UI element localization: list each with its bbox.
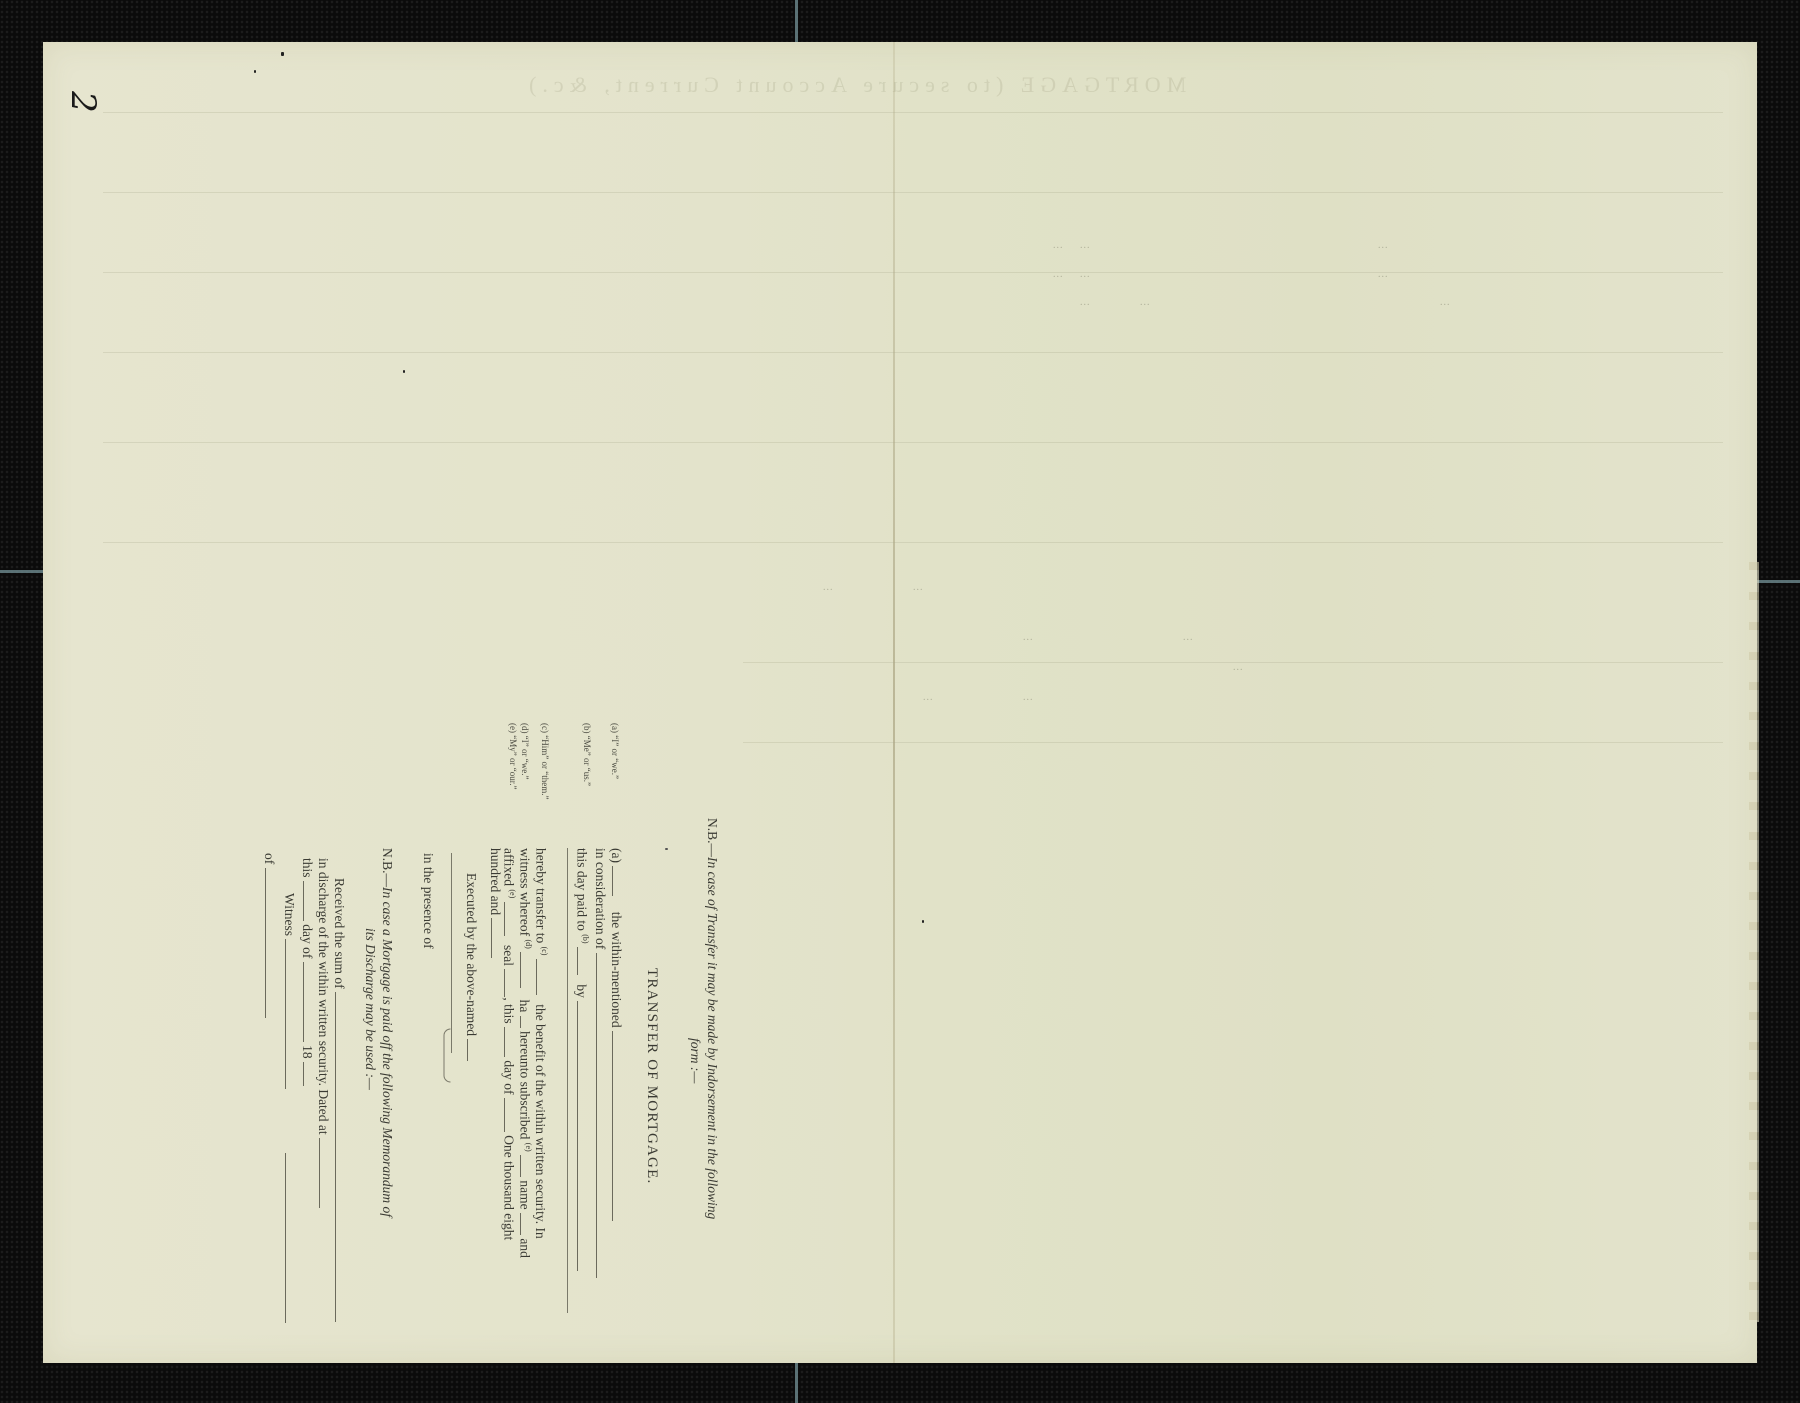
transfer-line-3: this day paid to (b) by [574,848,594,1271]
transfer-line-2: in consideration of [592,848,609,1278]
ghost-dots: ... [823,582,834,593]
blank-field[interactable] [612,866,625,896]
ghost-dots: ... [1080,297,1091,308]
margin-note-a: (a) “I” or “we.” [610,723,620,779]
blank-field[interactable] [505,969,518,997]
ghost-dots: ... [1378,240,1389,251]
transfer-line-1: (a) the within-mentioned [608,848,625,1221]
blank-field[interactable] [578,947,591,975]
discharge-note-line2: its Discharge may be used :— [362,928,378,1090]
mat-grid-line [1757,580,1800,583]
transfer-note: N.B.—In case of Transfer it may be made … [704,818,720,1219]
blank-field[interactable] [521,1016,534,1028]
signature-brace [444,1029,451,1083]
ghost-dots: ... [1023,632,1034,643]
discharge-note: N.B.—In case a Mortgage is paid off the … [379,848,395,1217]
presence-line: in the presence of [420,853,436,949]
mat-grid-line [0,570,43,573]
transfer-title: TRANSFER OF MORTGAGE. [644,968,660,1184]
margin-note-e: (e) “My” or “our.” [508,723,518,789]
discharge-line-1: Received the sum of [331,878,348,1322]
ghost-dots: ... [1053,269,1064,280]
transfer-rule [567,848,568,1313]
center-fold [893,42,895,1363]
blank-field[interactable] [505,1027,518,1057]
executed-line: Executed by the above-named [463,873,480,1061]
ink-speck [403,370,405,373]
ink-speck [665,848,668,850]
ghost-rule [103,272,1723,273]
blank-field[interactable] [596,953,609,1278]
ghost-dots: ... [1183,632,1194,643]
ghost-dots: ... [1233,662,1244,673]
discharge-line-2: in discharge of the within written secur… [315,858,332,1208]
blank-field[interactable] [285,1153,298,1323]
ghost-dots: ... [1053,240,1064,251]
transfer-line-7: hundred and [487,848,504,958]
blank-field[interactable] [521,952,534,988]
blank-field[interactable] [467,1039,480,1061]
ghost-dots: ... [1440,297,1451,308]
discharge-line-3: this day of 18 [299,858,316,1086]
ghost-rule [103,192,1723,193]
ghost-rule [103,352,1723,353]
ghost-dots: ... [1378,269,1389,280]
discharge-line-5: of [261,853,278,1018]
ghost-rule [103,442,1723,443]
blank-field[interactable] [578,1001,591,1271]
blank-field[interactable] [335,992,348,1322]
ghost-dots: ... [1080,240,1091,251]
ghost-dots: ... [1140,297,1151,308]
mat-grid-line [795,1363,798,1403]
discharge-line-4: Witness [281,893,298,1323]
blank-field[interactable] [612,1031,625,1221]
torn-edge [1749,562,1759,1322]
ghost-dots: ... [923,692,934,703]
blank-field[interactable] [303,962,316,1042]
ghost-dots: ... [1023,692,1034,703]
blank-field[interactable] [265,868,278,1018]
blank-field[interactable] [521,1155,534,1177]
blank-field[interactable] [505,902,518,936]
transfer-note-line2: form :— [687,1038,703,1083]
ghost-rule [743,742,1723,743]
blank-field[interactable] [319,1138,332,1208]
transfer-and-discharge-form: N.B.—In case of Transfer it may be made … [250,818,720,1346]
executed-rule [451,853,452,1053]
ghost-dots: ... [1080,269,1091,280]
ink-speck [922,920,924,923]
mat-grid-line [795,0,798,42]
margin-note-c: (c) “Him” or “them.” [540,723,550,799]
ghost-dots: ... [913,582,924,593]
blank-field[interactable] [537,959,550,995]
blank-field[interactable] [521,1213,534,1235]
ghost-rule [103,112,1723,113]
ghost-rule [103,542,1723,543]
ink-speck [281,52,284,56]
margin-note-b: (b) “Me” or “us.” [582,723,592,786]
handwritten-page-number: 2 [63,91,103,113]
ink-speck [254,70,256,73]
showthrough-heading: MORTGAGE (to secure Account Current, &c.… [523,72,1186,98]
blank-field[interactable] [303,881,316,921]
blank-field[interactable] [303,1062,316,1086]
blank-field[interactable] [505,1098,518,1132]
margin-note-d: (d) “I” or “we.” [520,723,530,779]
blank-field[interactable] [491,918,504,958]
blank-field[interactable] [285,939,298,1089]
